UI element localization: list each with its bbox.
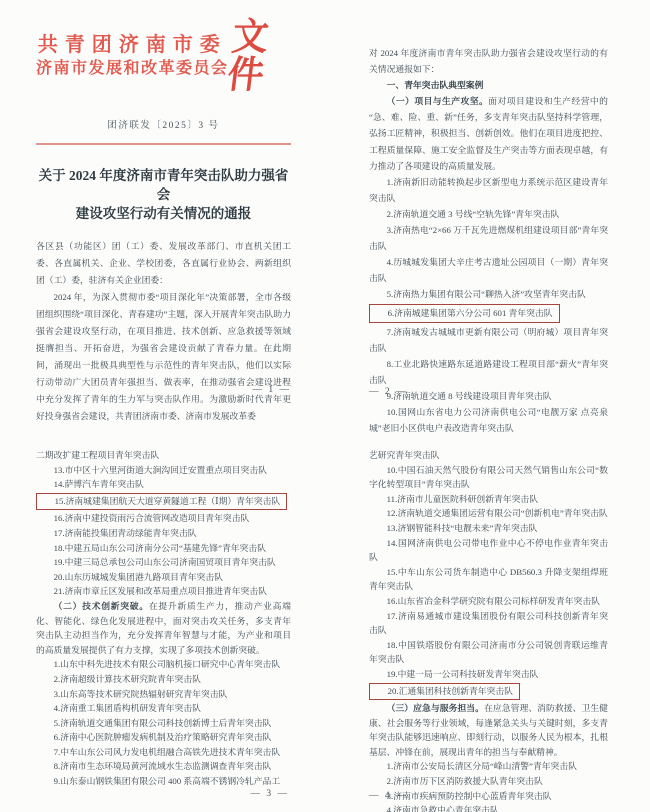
team-list-item: 19.中建一局一公司科技研发青年突击队 [369, 667, 608, 682]
agency-line-2: 济南市发展和改革委员会 [36, 58, 229, 80]
title-line-1: 关于 2024 年度济南市青年突击队助力强省会 [36, 166, 291, 204]
team-list-item: 4.济南重工集团盾构机研发青年突击队 [36, 701, 291, 716]
section-1-heading: 一、青年突击队典型案例 [369, 77, 608, 93]
carryover-line: 二期改扩建工程项目青年突击队 [36, 448, 291, 463]
issuing-agencies: 共青团济南市委 济南市发展和改革委员会 [36, 32, 229, 80]
section-1-rest: 面对项目建设和生产经营中的“急、难、险、重、新”任务，多支青年突击队坚持科学管理… [369, 96, 608, 170]
team-list-item: 18.中国铁塔股份有限公司济南市分公司锐创青联运维青年突击队 [369, 638, 608, 667]
team-list-item: 7.中车山东公司风力发电机组融合高铁先进技术青年突击队 [36, 745, 291, 760]
team-list-item: 3.济南热电“2×66 万千瓦先进燃煤机组建设项目部”青年突击队 [369, 222, 608, 254]
red-letterhead: 共青团济南市委 济南市发展和改革委员会 文件 [36, 20, 291, 92]
team-list-item: 19.中建三局总承包公司山东公司济南国贸项目青年突击队 [36, 555, 291, 570]
team-list-item: 17.济南易通城市建设集团股份有限公司科技创新青年突击队 [369, 609, 608, 638]
team-list-section-1-continued: 13.市中区十六里河街道大涧沟回迁安置重点项目突击队14.萨博汽车青年突击队15… [36, 463, 291, 599]
team-list-item: 16.山东省冶金科学研究院有限公司标样研发青年突击队 [369, 594, 608, 609]
team-list-item: 13.市中区十六里河街道大涧沟回迁安置重点项目突击队 [36, 463, 291, 478]
agency-line-1: 共青团济南市委 [36, 32, 229, 58]
team-list-item: 12.济南轨道交通集团运营有限公司“创新机电”青年突击队 [369, 506, 608, 521]
team-list-item: 2.济南超级计算技术研究院青年突击队 [36, 672, 291, 687]
team-list-item: 1.山东中科先进技术有限公司脑机接口研究中心青年突击队 [36, 657, 291, 672]
team-list-item: 4.济南市急救中心青年突击队 [369, 803, 608, 812]
team-list-item: 20.汇通集团科技创新青年突击队 [369, 683, 520, 701]
team-list-item: 1.济南新旧动能转换起步区新型电力系统示范区建设青年突击队 [369, 174, 608, 206]
page-number-3: — 3 — [251, 789, 290, 799]
team-list-section-2-continued: 10.中国石油天然气股份有限公司天然气销售山东公司“数字化转型项目”青年突击队1… [369, 463, 608, 701]
body-paragraph-1: 2024 年，为深入贯彻市委“项目深化年”决策部署，全市各级团组织围绕“项目深化… [36, 289, 291, 425]
team-list-section-2: 1.山东中科先进技术有限公司脑机接口研究中心青年突击队2.济南超级计算技术研究院… [36, 657, 291, 788]
team-list-item: 17.济南能投集团青动绿能青年突击队 [36, 526, 291, 541]
page-3: 二期改扩建工程项目青年突击队 13.市中区十六里河街道大涧沟回迁安置重点项目突击… [0, 435, 325, 812]
page-number-4: — 4 — [369, 791, 408, 801]
team-list-section-3: 1.济南市公安局长清区分局“峰山清警”青年突击队2.济南市历下区消防救援大队青年… [369, 759, 608, 812]
team-list-item: 11.济南市儿童医院科研创新青年突击队 [369, 492, 608, 507]
intro-paragraph: 对 2024 年度济南市青年突击队助力强省会建设攻坚行动的有关情况通报如下： [369, 45, 608, 77]
team-list-item: 7.济南城发古城城市更新有限公司（明府城）项目青年突击队 [369, 324, 608, 356]
section-1-paragraph: （一）项目与生产攻坚。面对项目建设和生产经营中的“急、难、险、重、新”任务，多支… [369, 93, 608, 173]
team-list-item: 3.山东高等技术研究院热辐射研究青年突击队 [36, 687, 291, 702]
page-4: 艺研究青年突击队 10.中国石油天然气股份有限公司天然气销售山东公司“数字化转型… [325, 435, 650, 812]
title-line-2: 建设攻坚行动有关情况的通报 [36, 204, 291, 223]
team-list-item: 16.济南中建投资雨污合流管网改造项目青年突击队 [36, 511, 291, 526]
team-list-item: 14.萨博汽车青年突击队 [36, 477, 291, 492]
section-3-paragraph: （三）应急与服务担当。在应急管理、消防救援、卫生健康、社会服务等行业领域，每逢紧… [369, 701, 608, 759]
document-scan-canvas: 共青团济南市委 济南市发展和改革委员会 文件 团济联发〔2025〕3 号 关于 … [0, 0, 650, 812]
carryover-line: 艺研究青年突击队 [369, 448, 608, 463]
team-list-item: 15.中车山东公司货车制造中心 DB560.3 升降支架组焊班青年突击队 [369, 565, 608, 594]
team-list-item: 20.山东历城城发集团港九路项目青年突击队 [36, 570, 291, 585]
team-list-item: 14.国网济南供电公司带电作业中心不停电作业青年突击队 [369, 536, 608, 565]
document-word: 文件 [225, 18, 296, 94]
team-list-item: 6.济南中心医院肿瘤发病机制及治疗策略研究青年突击队 [36, 730, 291, 745]
document-title: 关于 2024 年度济南市青年突击队助力强省会 建设攻坚行动有关情况的通报 [36, 166, 291, 223]
team-list-item: 6.济南城建集团第六分公司 601 青年突击队 [369, 304, 560, 323]
section-1-lead: （一）项目与生产攻坚。 [387, 96, 489, 106]
page-1: 共青团济南市委 济南市发展和改革委员会 文件 团济联发〔2025〕3 号 关于 … [0, 0, 325, 435]
page-number-2: — 2 — [369, 387, 408, 397]
page-2: 对 2024 年度济南市青年突击队助力强省会建设攻坚行动的有关情况通报如下： 一… [325, 0, 650, 435]
team-list-item: 5.济南热力集团有限公司“聊热入济”攻坚青年突击队 [369, 286, 608, 302]
team-list-item: 15.济南城建集团航天大道穿黄隧道工程（Ⅰ期）青年突击队 [36, 493, 287, 511]
section-2-lead: （二）技术创新突破。 [54, 601, 149, 611]
team-list-item: 21.济南市章丘区发展和改革局重点项目推进青年突击队 [36, 584, 291, 599]
section-3-lead: （三）应急与服务担当。 [387, 703, 484, 713]
team-list-item: 4.历城城发集团大辛庄考古遗址公园项目（一期）青年突击队 [369, 254, 608, 286]
team-list-item: 8.济南市生态环境局黄河流域水生态监测调查青年突击队 [36, 759, 291, 774]
team-list-item: 13.济钢智能科技“电靓未来”青年突击队 [369, 521, 608, 536]
document-number: 团济联发〔2025〕3 号 [36, 117, 291, 131]
team-list-item: 5.济南轨道交通集团有限公司科技创新博士后青年突击队 [36, 716, 291, 731]
team-list-item: 9.山东泰山钢铁集团有限公司 400 系高端不锈钢冷轧产品工 [36, 774, 291, 789]
team-list-item: 10.国网山东省电力公司济南供电公司“电靓万家 点亮泉城”老旧小区供电户表改造青… [369, 404, 608, 435]
team-list-item: 8.工业北路快速路东延道路建设工程项目部“薪火”青年突击队 [369, 356, 608, 388]
page-number-1: — 1 — [253, 385, 292, 395]
addressee-paragraph: 各区县（功能区）团（工）委、发展改革部门、市直机关团工委、各直属机关、企业、学校… [36, 238, 291, 289]
team-list-item: 1.济南市公安局长清区分局“峰山清警”青年突击队 [369, 759, 608, 774]
team-list-item: 2.济南市历下区消防救援大队青年突击队 [369, 774, 608, 789]
team-list-item: 2.济南轨道交通 3 号线“空轨先锋”青年突击队 [369, 206, 608, 222]
red-divider-rule [36, 143, 291, 145]
team-list-item: 10.中国石油天然气股份有限公司天然气销售山东公司“数字化转型项目”青年突击队 [369, 463, 608, 492]
team-list-item: 18.中建五局山东公司济南分公司“基建先锋”青年突击队 [36, 541, 291, 556]
section-2-paragraph: （二）技术创新突破。在提升新质生产力，推动产业高端化、智能化、绿色化发展进程中，… [36, 599, 291, 657]
